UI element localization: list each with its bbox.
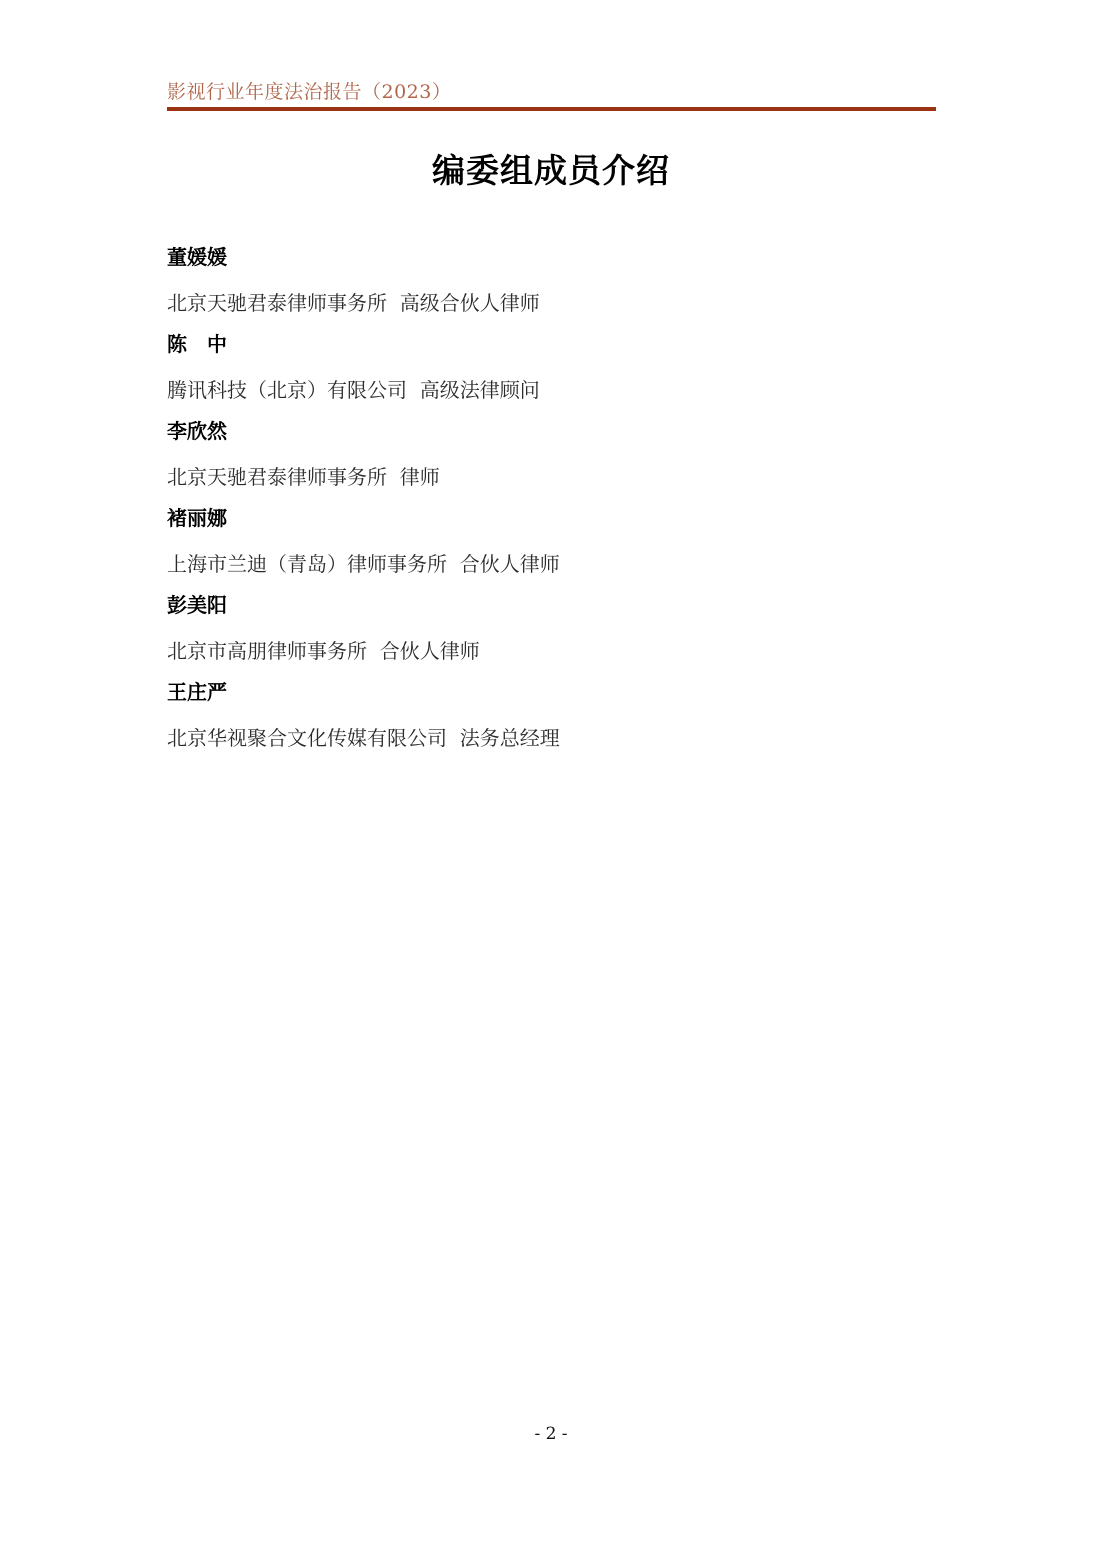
member-name: 董媛媛: [167, 238, 937, 281]
header-divider: [167, 107, 936, 111]
member-name: 陈 中: [167, 325, 937, 368]
member-name: 王庄严: [167, 673, 937, 716]
page-number: - 2 -: [0, 1422, 1102, 1446]
member-entry: 李欣然 北京天驰君泰律师事务所 律师: [167, 412, 937, 499]
member-name: 彭美阳: [167, 586, 937, 629]
member-affiliation: 北京天驰君泰律师事务所 高级合伙人律师: [167, 281, 937, 325]
member-name: 褚丽娜: [167, 499, 937, 542]
member-entry: 陈 中 腾讯科技（北京）有限公司 高级法律顾问: [167, 325, 937, 412]
member-affiliation: 北京天驰君泰律师事务所 律师: [167, 455, 937, 499]
member-affiliation: 腾讯科技（北京）有限公司 高级法律顾问: [167, 368, 937, 412]
member-affiliation: 北京市高朋律师事务所 合伙人律师: [167, 629, 937, 673]
member-name: 李欣然: [167, 412, 937, 455]
member-entry: 褚丽娜 上海市兰迪（青岛）律师事务所 合伙人律师: [167, 499, 937, 586]
member-affiliation: 北京华视聚合文化传媒有限公司 法务总经理: [167, 716, 937, 760]
member-entry: 王庄严 北京华视聚合文化传媒有限公司 法务总经理: [167, 673, 937, 760]
member-entry: 彭美阳 北京市高朋律师事务所 合伙人律师: [167, 586, 937, 673]
page-title: 编委组成员介绍: [0, 148, 1102, 194]
running-header-title: 影视行业年度法治报告（2023）: [167, 79, 451, 105]
member-list: 董媛媛 北京天驰君泰律师事务所 高级合伙人律师 陈 中 腾讯科技（北京）有限公司…: [167, 238, 937, 760]
member-affiliation: 上海市兰迪（青岛）律师事务所 合伙人律师: [167, 542, 937, 586]
member-entry: 董媛媛 北京天驰君泰律师事务所 高级合伙人律师: [167, 238, 937, 325]
